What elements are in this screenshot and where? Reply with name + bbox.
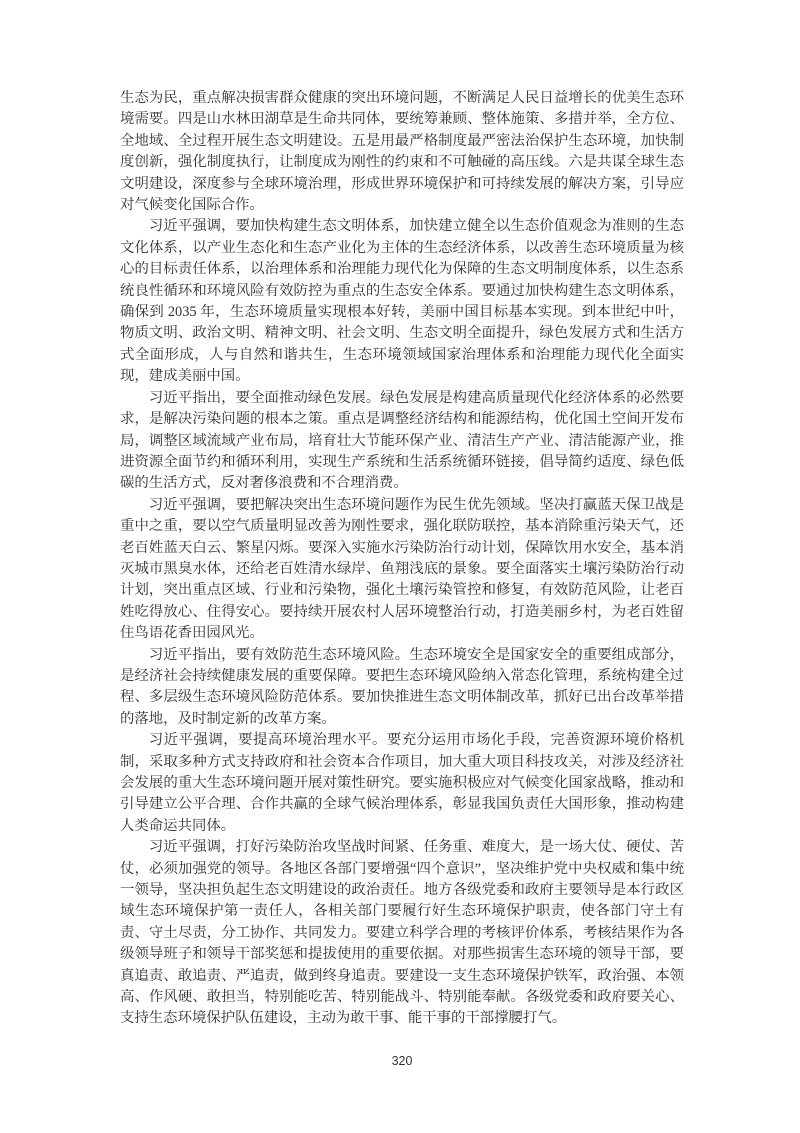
page-body-text: 生态为民，重点解决损害群众健康的突出环境问题，不断满足人民日益增长的优美生态环境…: [120, 88, 684, 1030]
paragraph: 习近平强调，要加快构建生态文明体系，加快建立健全以生态价值观念为准则的生态文化体…: [120, 216, 684, 387]
document-page: 生态为民，重点解决损害群众健康的突出环境问题，不断满足人民日益增长的优美生态环境…: [0, 0, 800, 1133]
paragraph-continuation: 生态为民，重点解决损害群众健康的突出环境问题，不断满足人民日益增长的优美生态环境…: [120, 88, 684, 216]
page-number: 320: [392, 1054, 413, 1068]
paragraph: 习近平指出，要全面推动绿色发展。绿色发展是构建高质量现代化经济体系的必然要求，是…: [120, 388, 684, 495]
paragraph: 习近平强调，要提高环境治理水平。要充分运用市场化手段，完善资源环境价格机制，采取…: [120, 730, 684, 837]
paragraph: 习近平强调，要把解决突出生态环境问题作为民生优先领域。坚决打赢蓝天保卫战是重中之…: [120, 495, 684, 645]
paragraph: 习近平指出，要有效防范生态环境风险。生态环境安全是国家安全的重要组成部分，是经济…: [120, 645, 684, 731]
page-footer: 320: [120, 1052, 684, 1070]
paragraph: 习近平强调，打好污染防治攻坚战时间紧、任务重、难度大，是一场大仗、硬仗、苦仗，必…: [120, 837, 684, 1030]
